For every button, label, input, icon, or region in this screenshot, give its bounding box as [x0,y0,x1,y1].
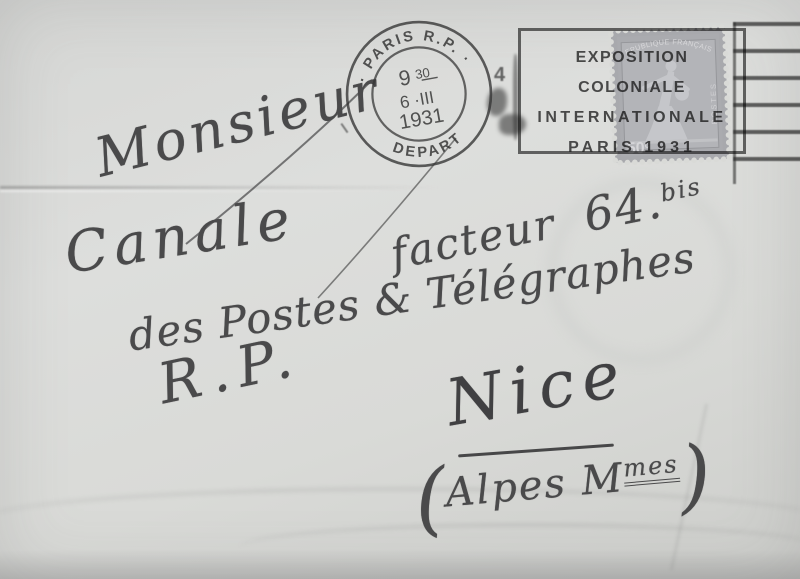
city-underline [458,444,614,458]
postmark-city-text: · PARIS R.P. · [348,19,476,87]
postmark-time: 930 [397,62,432,91]
occupation-number-suffix: bis [658,172,704,207]
postmark-center-text: 930 6 ·III 1931 [390,61,446,134]
department-superscript: mes [622,450,680,487]
crease-highlight [0,190,420,192]
handwritten-name: Canale [60,186,300,287]
flag-cancel-box: EXPOSITION COLONIALE INTERNATIONALE PARI… [518,28,746,154]
flag-cancel-line-3: PARIS 1931 [521,133,743,163]
postmark-depart-text: DEPART [388,128,468,167]
photo-shadow-edge [0,550,800,579]
handwritten-city: Nice [441,337,633,442]
flag-cancel-line-2: INTERNATIONALE [521,103,743,133]
department-close-paren: ) [675,428,714,523]
crease-line [0,186,440,189]
postmark-paris: · PARIS R.P. · DEPART 930 6 ·III 1931 [343,18,495,170]
flag-cancel-line-1: EXPOSITION COLONIALE [521,43,743,103]
envelope-photo: REPUBLIQUE FRANÇAISE 50c POSTES EXPOSITI… [0,0,800,579]
department-open-paren: ( [411,451,450,546]
stray-numeral: 4 [494,64,505,87]
